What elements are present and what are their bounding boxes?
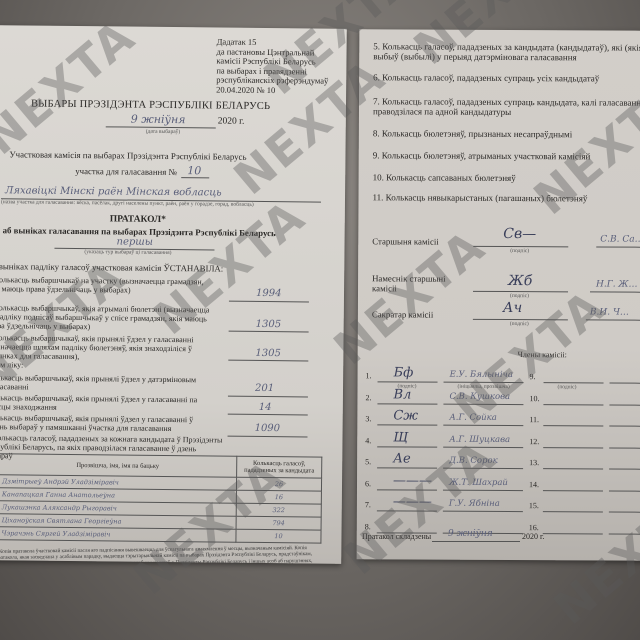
member-name-line [443, 425, 523, 426]
member-sign-line [377, 467, 437, 468]
member-name-line [444, 382, 524, 383]
member-name-line [609, 404, 640, 405]
member-name-caption: (ініцыялы, прозвішча) [458, 384, 510, 390]
member-number: 1. [366, 371, 372, 380]
commission-line: Участковая камісія па выбарах Прэзідэнта… [9, 149, 246, 161]
candidate-votes: 16 [236, 490, 321, 504]
precinct-number-line [181, 177, 209, 178]
item-1-text: 1. Колькасць выбаршчыкаў на участку (выз… [0, 275, 216, 295]
item-3a-text: колькасць выбаршчыкаў, якія прынялі ўдзе… [0, 373, 199, 393]
item-3-line [228, 360, 308, 362]
protocol-title: ПРАТАКОЛ* [110, 214, 166, 225]
member-sign-line [377, 403, 437, 404]
member-name-line [609, 533, 640, 534]
candidate-votes: 794 [236, 516, 321, 530]
right-item-6: 6. Колькасць галасоў, пададзеных супраць… [373, 72, 640, 84]
appendix-header: Дадатак 15 да пастановы Цэнтральнай камі… [216, 37, 347, 95]
item-2-value: 1305 [256, 319, 282, 330]
deputy-label: Намеснік старшыні камісіі [372, 273, 452, 293]
item-text: Колькасць бюлетэняў, прызнаных несапраўд… [382, 128, 572, 139]
including-label: у тым ліку: [0, 360, 23, 369]
member-sign-line [543, 425, 603, 426]
member-signature: Ае [393, 451, 411, 466]
candidate-votes: 322 [236, 503, 321, 517]
col-votes-header: Колькасць галасоў, пададзеных за кандыда… [237, 456, 322, 478]
member-signature: ——— [393, 473, 432, 488]
header-line: 20.04.2020 № 10 [216, 85, 346, 96]
member-name-line [443, 403, 523, 404]
item-3c-line [228, 436, 308, 438]
member-number: 6. [365, 479, 371, 488]
member-number: 16. [529, 523, 539, 532]
date-caption: (дата выбараў) [146, 129, 181, 135]
precinct-label: участка для галасавання № [75, 166, 177, 177]
member-name: Г.У. Ябніна [449, 499, 500, 509]
member-signature: ——— [393, 494, 432, 509]
member-name: Е.У. Бялыніча [450, 370, 513, 380]
candidate-votes: 26 [236, 477, 321, 491]
member-sign-line [377, 424, 437, 425]
member-name-line [609, 469, 640, 470]
item-1-line [229, 301, 309, 303]
member-signature: Бф [394, 365, 414, 380]
item-2-text: 2. Колькасць выбаршчыкаў, якія атрымалі … [0, 303, 216, 332]
member-signature: Щ [393, 430, 408, 445]
secretary-name-line [586, 319, 640, 320]
right-item-7: 7. Колькасць галасоў, пададзеных супраць… [373, 96, 640, 118]
member-number: 3. [365, 414, 371, 423]
member-sign-line [544, 382, 604, 383]
item-text: Колькасць бюлетэняў, атрыманых участкова… [382, 150, 591, 161]
candidate-votes: 10 [236, 529, 321, 543]
item-3b-line [228, 414, 308, 416]
member-number: 9. [530, 372, 536, 381]
member-name: Д.В. Сорок [449, 456, 498, 466]
protocol-page-left: Дадатак 15 да пастановы Цэнтральнай камі… [0, 25, 347, 564]
member-number: 14. [529, 480, 539, 489]
candidates-table: Прозвішча, імя, імя па бацьку Колькасць … [0, 453, 322, 543]
item-text: Колькасць галасоў, пададзеных за кандыда… [373, 41, 640, 62]
member-name-line [443, 511, 523, 512]
item-3-value: 1305 [255, 348, 281, 359]
precinct-caption: (назва участка для галасавання: вёска, п… [1, 199, 254, 208]
member-signature: Сж [393, 408, 418, 423]
member-name-line [610, 383, 640, 384]
member-number: 2. [365, 393, 371, 402]
item-text: Колькасць галасоў, пададзеных супраць ус… [382, 72, 599, 83]
item-1-value: 1994 [256, 288, 282, 299]
deputy-caption: (подпіс) [510, 293, 529, 299]
item-text: Колькасць нявыкарыстаных (пагашаных) бюл… [386, 192, 588, 203]
deputy-name-line [590, 291, 640, 292]
chair-label: Старшыня камісіі [372, 236, 439, 246]
member-name-line [443, 489, 523, 490]
member-number: 10. [529, 394, 539, 403]
secretary-name: В.И. Ч… [590, 307, 629, 317]
right-item-5: 5. Колькасць галасоў, пададзеных за канд… [373, 41, 640, 63]
item-number: 5. [373, 41, 380, 51]
item-text: Колькасць сапсаваных бюлетэняў [386, 172, 516, 183]
date-year: 2020 г. [218, 117, 245, 127]
item-number: 11. [372, 192, 383, 202]
member-sign-line [543, 533, 603, 534]
item-number: 10. [373, 172, 384, 182]
member-sign-line [543, 490, 603, 491]
chair-name: С.В. Са… [600, 234, 640, 244]
member-sign-line [543, 511, 603, 512]
election-title: ВЫБАРЫ ПРЭЗІДЭНТА РЭСПУБЛІКІ БЕЛАРУСЬ [31, 99, 270, 113]
member-name-line [609, 490, 640, 491]
item-3a-value: 201 [255, 383, 274, 394]
member-sign-line [543, 447, 603, 448]
compiled-date-line [432, 541, 520, 542]
item-number: 8. [373, 128, 380, 138]
item-3b-text: колькасць выбаршчыкаў, якія прынялі ўдзе… [0, 393, 199, 413]
precinct-number: 10 [187, 164, 201, 177]
member-name: А.Г. Сойка [449, 413, 496, 423]
compiled-label-visible: Пратакол складзены [362, 532, 431, 541]
item-3-text: 3. Колькасць выбаршчыкаў, якія прынялі ў… [0, 333, 216, 362]
item-2-line [229, 331, 309, 333]
member-name-line [443, 446, 523, 447]
item-3c-text: колькасць выбаршчыкаў, якія прынялі ўдзе… [0, 413, 199, 433]
right-item-10: 10. Колькасць сапсаваных бюлетэняў [373, 172, 640, 184]
member-number: 11. [529, 415, 539, 424]
member-sign-caption: (подпіс) [558, 384, 577, 390]
member-number: 7. [365, 500, 371, 509]
member-signature: Вл [393, 387, 411, 402]
deputy-name: Н.Г. Ж… [596, 279, 638, 289]
member-sign-line [377, 510, 437, 511]
member-name: Ж.Т. Шахрай [449, 477, 508, 487]
secretary-label: Сакратар камісіі [372, 309, 433, 319]
right-item-8: 8. Колькасць бюлетэняў, прызнаных несапр… [373, 128, 640, 140]
member-name: С.В. Кушкова [449, 391, 510, 401]
member-number: 8. [365, 522, 371, 531]
established-line: Па выніках падліку галасоў участковая ка… [0, 261, 223, 273]
secretary-signature: Ач [503, 300, 522, 316]
member-name-line [609, 447, 640, 448]
member-sign-line [543, 468, 603, 469]
member-name: А.Г. Шуцкава [449, 434, 510, 444]
compiled-year: 2020 г. [522, 532, 544, 541]
member-name-line [609, 426, 640, 427]
member-name-line [443, 468, 523, 469]
table-row: Чэрачэнь Сяргей Уладзіміравіч 10 [0, 527, 321, 543]
compiled-date: 9 жніўня [448, 529, 493, 539]
secretary-caption: (подпіс) [510, 321, 529, 327]
round-handwritten: першы [116, 236, 153, 247]
right-item-9: 9. Колькасць бюлетэняў, атрыманых участк… [373, 150, 640, 162]
member-sign-line [378, 381, 438, 382]
chair-name-line [596, 246, 640, 247]
chair-signature: Св— [503, 226, 536, 242]
member-sign-line [377, 446, 437, 447]
member-number: 12. [529, 437, 539, 446]
member-number: 4. [365, 436, 371, 445]
item-number: 6. [373, 72, 380, 82]
right-item-11: 11. Колькасць нявыкарыстаных (пагашаных)… [372, 192, 640, 204]
precinct-address: Ляхавіцкі Мінскі раён Мінская вобласць [5, 185, 222, 198]
member-number: 15. [529, 501, 539, 510]
chair-caption: (подпіс) [510, 248, 529, 254]
item-text: Колькасць галасоў, пададзеных супраць ка… [373, 96, 640, 117]
candidate-name: Чэрачэнь Сяргей Уладзіміравіч [0, 527, 236, 542]
col-name-header: Прозвішча, імя, імя па бацьку [0, 454, 237, 477]
item-number: 9. [373, 150, 380, 160]
deputy-signature: Жб [508, 273, 532, 289]
item-3a-line [228, 396, 308, 398]
round-caption: (указаць тур выбараў ці галасавання) [84, 249, 171, 256]
member-sign-line [377, 489, 437, 490]
date-handwritten: 9 жніўня [131, 113, 186, 127]
member-number: 5. [365, 457, 371, 466]
protocol-page-right: 5. Колькасць галасоў, пададзеных за канд… [357, 29, 640, 561]
item-number: 7. [373, 96, 380, 106]
item-3b-value: 14 [259, 402, 272, 413]
member-number: 13. [529, 458, 539, 467]
item-3c-value: 1090 [255, 423, 281, 434]
member-sign-line [543, 404, 603, 405]
member-name-line [609, 512, 640, 513]
members-title: Члены камісіі: [518, 350, 567, 359]
